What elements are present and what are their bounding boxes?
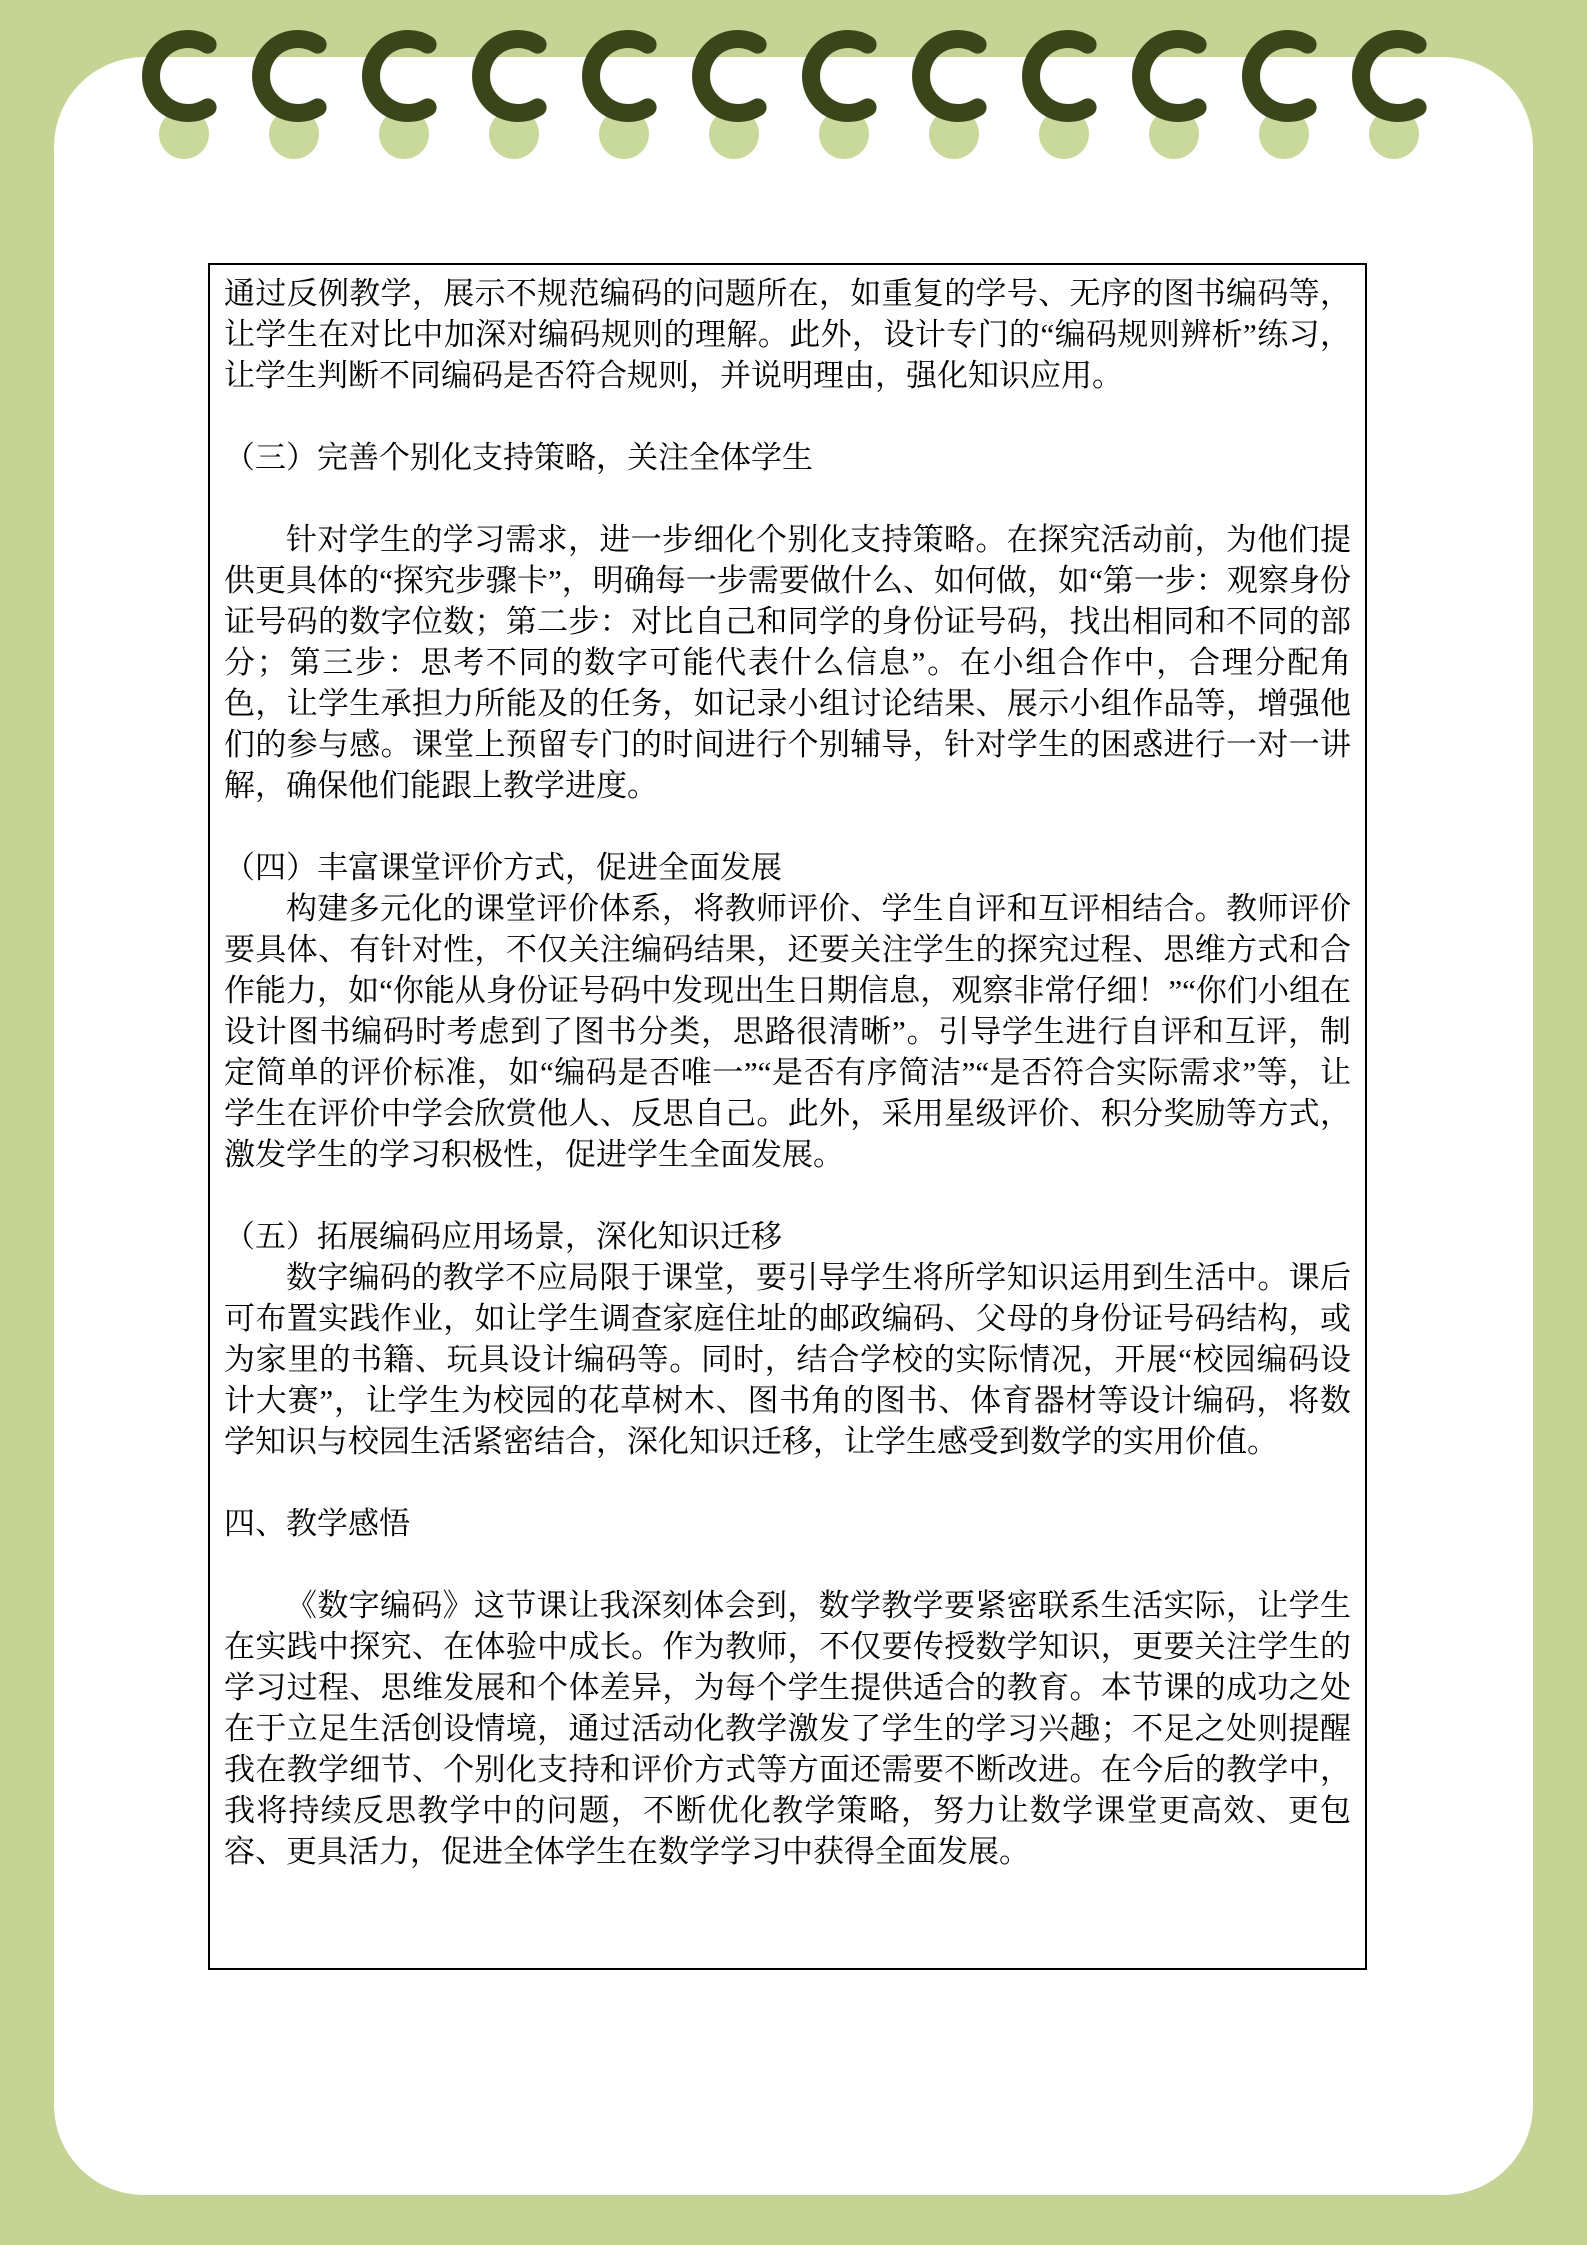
section-heading: （五）拓展编码应用场景，深化知识迁移 [224, 1216, 1351, 1257]
spiral-ring [908, 10, 1008, 160]
paragraph: 通过反例教学，展示不规范编码的问题所在，如重复的学号、无序的图书编码等，让学生在… [224, 273, 1351, 396]
spiral-ring-icon [1031, 39, 1088, 113]
spiral-ring-icon [261, 39, 318, 113]
blank-line [224, 396, 1351, 437]
section-heading: （四）丰富课堂评价方式，促进全面发展 [224, 847, 1351, 888]
spiral-ring [1238, 10, 1338, 160]
section-heading: （三）完善个别化支持策略，关注全体学生 [224, 437, 1351, 478]
spiral-ring-icon [1141, 39, 1198, 113]
spiral-ring [248, 10, 348, 160]
blank-line [224, 478, 1351, 519]
blank-line [224, 1175, 1351, 1216]
paragraph: 构建多元化的课堂评价体系，将教师评价、学生自评和互评相结合。教师评价要具体、有针… [224, 888, 1351, 1175]
spiral-ring [688, 10, 788, 160]
paragraph: 针对学生的学习需求，进一步细化个别化支持策略。在探究活动前，为他们提供更具体的“… [224, 519, 1351, 806]
spiral-ring [1128, 10, 1228, 160]
spiral-ring-icon [481, 39, 538, 113]
spiral-ring [138, 10, 238, 160]
paragraph: 《数字编码》这节课让我深刻体会到，数学教学要紧密联系生活实际，让学生在实践中探究… [224, 1585, 1351, 1872]
spiral-ring-icon [811, 39, 868, 113]
section-heading: 四、教学感悟 [224, 1503, 1351, 1544]
spiral-ring-icon [701, 39, 758, 113]
spiral-ring [468, 10, 568, 160]
content-box: 通过反例教学，展示不规范编码的问题所在，如重复的学号、无序的图书编码等，让学生在… [208, 263, 1367, 1970]
spiral-ring [358, 10, 458, 160]
blank-line [224, 1544, 1351, 1585]
blank-line [224, 806, 1351, 847]
spiral-ring [578, 10, 678, 160]
spiral-ring-icon [1251, 39, 1308, 113]
spiral-ring [1348, 10, 1448, 160]
blank-line [224, 1462, 1351, 1503]
spiral-ring-icon [921, 39, 978, 113]
spiral-ring-icon [591, 39, 648, 113]
spiral-ring [1018, 10, 1118, 160]
spiral-binding [0, 0, 1587, 200]
spiral-ring-icon [1361, 39, 1418, 113]
paragraph: 数字编码的教学不应局限于课堂，要引导学生将所学知识运用到生活中。课后可布置实践作… [224, 1257, 1351, 1462]
spiral-ring-icon [371, 39, 428, 113]
spiral-ring-icon [151, 39, 208, 113]
spiral-ring [798, 10, 898, 160]
